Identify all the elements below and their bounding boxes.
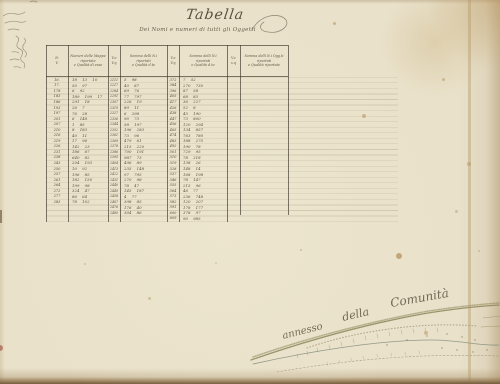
paper-stain <box>300 249 302 251</box>
row-number: 243 <box>46 161 68 165</box>
table-row: 2344 58 197 <box>108 121 167 127</box>
row-number: 2111 <box>108 78 120 82</box>
table-row: 546 78 147 <box>167 177 227 183</box>
paper-stain <box>478 250 480 252</box>
row-value: 40 87 <box>120 83 167 88</box>
row-value: 1 85 <box>68 122 108 127</box>
row-value: 45 190 <box>179 111 227 116</box>
col-header-values-1: Numeri delle Mapperiportatee Qualità di … <box>68 54 108 68</box>
row-number: 2319 <box>108 106 120 110</box>
table-row: 2111 5 98 <box>108 77 167 83</box>
row-number: 16. <box>46 78 68 82</box>
row-value: 215 220 <box>120 144 167 149</box>
row-number: 2449 <box>108 189 120 193</box>
table-group-1: 16. 18 13 10 17. 50 97 178 6 92 183 189 … <box>46 77 108 205</box>
row-value: 4 77 <box>120 194 167 199</box>
row-number: 2217 <box>108 83 120 87</box>
row-number: 283 <box>46 200 68 204</box>
row-value: 190 78 <box>179 144 227 149</box>
row-value: 58 197 <box>120 122 167 127</box>
table-row: 426 52 8 <box>167 105 227 111</box>
table-row: 257 196 85 <box>46 171 108 177</box>
table-row: 2467 398 85 <box>108 199 167 205</box>
row-number: 501 <box>167 150 179 154</box>
paper-stain <box>424 331 428 335</box>
row-number: 528 <box>167 167 179 171</box>
row-value: 270 98 <box>120 177 167 182</box>
table-row: 384 270 730 <box>167 83 227 89</box>
table-row: 272 324 47 <box>46 188 108 194</box>
col-header-values-4: Somma delli N.i Ogg.tiriportatie Qualità… <box>240 54 288 68</box>
row-value: 188 275 <box>179 138 227 143</box>
table-row: 183 189 199 17 <box>46 94 108 100</box>
row-number: 2404 <box>108 161 120 165</box>
row-number: 2431 <box>108 178 120 182</box>
row-number: 483 <box>167 139 179 143</box>
row-number: 201 <box>46 117 68 121</box>
table-row: 243 204 193 <box>46 160 108 166</box>
row-number: 178 <box>46 89 68 93</box>
paper-stain <box>215 262 217 264</box>
row-value: 8 183 <box>68 127 108 132</box>
table-row: 2431 270 98 <box>108 177 167 183</box>
table-row: 16. 18 13 10 <box>46 77 108 83</box>
table-row: 510 78 218 <box>167 155 227 161</box>
table-row: 456 120 294 <box>167 121 227 127</box>
row-value: 76 28 <box>68 111 108 116</box>
row-value: 73 800 <box>179 116 227 121</box>
table-row: 283 78 102 <box>46 199 108 205</box>
row-number: 2458 <box>108 194 120 198</box>
row-number: 207 <box>46 122 68 126</box>
page-fold-line <box>468 0 471 384</box>
row-value: 324 47 <box>68 188 108 193</box>
table-row: 2327 6 298 <box>108 110 167 116</box>
row-number: 2336 <box>108 117 120 121</box>
table-row: 2476 176 40 <box>108 205 167 211</box>
table-row: 591 178 177 <box>167 205 227 211</box>
table-row: 564 46 77 <box>167 188 227 194</box>
row-value: 17 96 <box>68 138 108 143</box>
row-value: 186 67 <box>68 149 108 154</box>
row-value: 134 857 <box>179 127 227 132</box>
table-row: 417 36 227 <box>167 99 227 105</box>
row-value: 176 40 <box>120 205 167 210</box>
paper-stain <box>362 114 366 118</box>
title-flourish <box>250 10 292 38</box>
table-row: 609 90 985 <box>167 216 227 222</box>
row-value: 77 797 <box>120 94 167 99</box>
row-value: 26 7 <box>68 105 108 110</box>
table-row: 372 7 52 <box>167 77 227 83</box>
table-row: 197 76 28 <box>46 110 108 116</box>
row-number: 2291 <box>108 94 120 98</box>
table-row: 207 1 85 <box>46 121 108 127</box>
row-value: 97 795 <box>120 172 167 177</box>
row-number: 2344 <box>108 122 120 126</box>
table-row: 2336 90 73 <box>108 116 167 122</box>
row-value: 6 92 <box>68 88 108 93</box>
row-number: 216 <box>46 133 68 137</box>
table-row: 238 640 82 <box>46 155 108 161</box>
row-value: 90 985 <box>179 216 227 221</box>
paper-stain <box>442 78 445 81</box>
row-number: 2386 <box>108 150 120 154</box>
paper-stain <box>455 210 458 213</box>
row-number: 591 <box>167 205 179 209</box>
row-number: 2440 <box>108 183 120 187</box>
row-number: 573 <box>167 194 179 198</box>
row-number: 537 <box>167 172 179 176</box>
table-row: 600 378 97 <box>167 210 227 216</box>
row-number: 277 <box>46 194 68 198</box>
scanned-document-page: Tabella Dei Nomi e numeri di tutti gli O… <box>0 0 500 384</box>
table-row: 396 87 58 <box>167 88 227 94</box>
row-value: 69 76 <box>120 88 167 93</box>
row-number: 510 <box>167 155 179 159</box>
row-value: 378 97 <box>179 210 227 215</box>
col-header-num-4: V.cs.q <box>227 56 240 65</box>
table-row: 2284 69 76 <box>108 88 167 94</box>
table-row: 555 215 96 <box>167 182 227 188</box>
row-value: 987 73 <box>120 155 167 160</box>
row-number: 264 <box>46 183 68 187</box>
table-row: 492 190 78 <box>167 144 227 150</box>
table-row: 528 148 14 <box>167 166 227 172</box>
row-value: 145 187 <box>120 188 167 193</box>
table-header-row: N.V. Numeri delle Mapperiportatee Qualit… <box>46 46 288 76</box>
paper-stain <box>84 263 86 265</box>
row-value: 46 77 <box>179 188 227 193</box>
col-header-num-3: V.eV.q <box>167 56 179 65</box>
row-number: 417 <box>167 100 179 104</box>
ledger-table: N.V. Numeri delle Mapperiportatee Qualit… <box>46 45 288 222</box>
row-number: 193 <box>46 106 68 110</box>
table-row: 2307 226 19 <box>108 99 167 105</box>
row-value: 18 13 10 <box>68 77 108 82</box>
row-value: 304 86 <box>120 210 167 215</box>
row-number: 2395 <box>108 155 120 159</box>
row-number: 564 <box>167 189 179 193</box>
row-value: 52 8 <box>179 105 227 110</box>
page-bottom-edge <box>0 377 500 384</box>
table-row: 2319 89 11 <box>108 105 167 111</box>
table-row: 250 10 92 <box>46 166 108 172</box>
table-row: 231 186 67 <box>46 149 108 155</box>
row-number: 492 <box>167 144 179 148</box>
row-value: 199 98 <box>68 183 108 188</box>
row-value: 78 102 <box>68 199 108 204</box>
row-value: 215 96 <box>179 183 227 188</box>
table-row: 573 236 748 <box>167 193 227 199</box>
row-value: 89 11 <box>120 105 167 110</box>
table-row: 178 6 92 <box>46 88 108 94</box>
table-vrule <box>288 45 289 215</box>
row-number: 238 <box>46 155 68 159</box>
row-value: 5 98 <box>120 77 167 82</box>
table-row: 193 26 7 <box>46 105 108 111</box>
row-number: 2422 <box>108 172 120 176</box>
table-row: 2404 496 89 <box>108 160 167 166</box>
row-number: 555 <box>167 183 179 187</box>
row-number: 231 <box>46 150 68 154</box>
row-value: 142 23 <box>68 144 108 149</box>
row-value: 196 283 <box>120 127 167 132</box>
row-number: 2485 <box>108 211 120 215</box>
table-row: 2217 40 87 <box>108 83 167 89</box>
row-number: 2467 <box>108 200 120 204</box>
row-value: 479 61 <box>120 138 167 143</box>
table-row: 519 138 26 <box>167 160 227 166</box>
row-number: 17. <box>46 83 68 87</box>
row-value: 700 191 <box>120 149 167 154</box>
row-number: 447 <box>167 117 179 121</box>
table-group-3: 372 7 52 384 270 730 396 87 58 405 68 83… <box>167 77 227 221</box>
table-row: 2440 78 47 <box>108 182 167 188</box>
row-number: 197 <box>46 111 68 115</box>
row-value: 182 150 <box>68 177 108 182</box>
row-number: 2413 <box>108 167 120 171</box>
table-row: 501 729 95 <box>167 149 227 155</box>
row-number: 2361 <box>108 133 120 137</box>
table-row: 2386 700 191 <box>108 149 167 155</box>
row-value: 6 298 <box>120 111 167 116</box>
table-row: 465 134 857 <box>167 127 227 133</box>
row-value: 196 85 <box>68 172 108 177</box>
row-value: 78 147 <box>179 177 227 182</box>
row-number: 261 <box>46 178 68 182</box>
row-number: 582 <box>167 200 179 204</box>
row-value: 204 193 <box>68 160 108 165</box>
row-value: 120 207 <box>179 199 227 204</box>
table-row: 219 17 96 <box>46 138 108 144</box>
table-row: 2369 479 61 <box>108 138 167 144</box>
row-number: 546 <box>167 178 179 182</box>
row-number: 272 <box>46 189 68 193</box>
table-row: 2458 4 77 <box>108 193 167 199</box>
table-row: 2395 987 73 <box>108 155 167 161</box>
row-value: 36 227 <box>179 99 227 104</box>
row-number: 2352 <box>108 128 120 132</box>
table-row: 261 182 150 <box>46 177 108 183</box>
row-number: 609 <box>167 216 179 220</box>
table-row: 201 6 148 <box>46 116 108 122</box>
col-header-values-2: Somma delli N.iriportatie Qualità d.te <box>120 54 167 68</box>
row-number: 426 <box>167 106 179 110</box>
row-value: 78 218 <box>179 155 227 160</box>
row-value: 87 58 <box>179 88 227 93</box>
table-row: 17. 50 97 <box>46 83 108 89</box>
row-value: 168 198 <box>179 172 227 177</box>
row-number: 210 <box>46 128 68 132</box>
paper-stain <box>333 22 336 25</box>
row-value: 226 19 <box>120 99 167 104</box>
row-value: 68 83 <box>179 94 227 99</box>
table-row: 483 188 275 <box>167 138 227 144</box>
row-number: 372 <box>167 78 179 82</box>
table-row: 2485 304 86 <box>108 210 167 216</box>
row-value: 763 780 <box>179 133 227 138</box>
row-number: 384 <box>167 83 179 87</box>
row-value: 178 177 <box>179 205 227 210</box>
row-number: 219 <box>46 139 68 143</box>
paper-stain <box>148 297 151 300</box>
row-number: 438 <box>167 111 179 115</box>
table-row: 2422 97 795 <box>108 171 167 177</box>
row-number: 2378 <box>108 144 120 148</box>
row-value: 6 148 <box>68 116 108 121</box>
row-value: 120 294 <box>179 122 227 127</box>
row-value: 236 748 <box>179 194 227 199</box>
table-group-2: 2111 5 98 2217 40 87 2284 69 76 2291 77 … <box>108 77 167 216</box>
row-value: 90 73 <box>120 116 167 121</box>
row-number: 2327 <box>108 111 120 115</box>
row-number: 519 <box>167 161 179 165</box>
row-value: 398 85 <box>120 199 167 204</box>
table-row: 2378 215 220 <box>108 144 167 150</box>
terrain-sketch <box>237 290 500 384</box>
row-number: 2369 <box>108 139 120 143</box>
row-number: 226 <box>46 144 68 148</box>
row-value: 291 18 <box>68 99 108 104</box>
row-value: 270 730 <box>179 83 227 88</box>
table-row: 2361 73 96 <box>108 132 167 138</box>
row-value: 78 47 <box>120 183 167 188</box>
row-number: 2307 <box>108 100 120 104</box>
row-value: 86 64 <box>68 194 108 199</box>
table-row: 405 68 83 <box>167 94 227 100</box>
row-value: 148 14 <box>179 166 227 171</box>
table-row: 210 8 183 <box>46 127 108 133</box>
row-number: 465 <box>167 128 179 132</box>
table-row: 277 86 64 <box>46 193 108 199</box>
col-header-num-2: V.eV.q <box>108 56 120 65</box>
row-number: 396 <box>167 89 179 93</box>
row-number: 456 <box>167 122 179 126</box>
table-row: 2352 196 283 <box>108 127 167 133</box>
row-number: 186 <box>46 100 68 104</box>
table-row: 582 120 207 <box>167 199 227 205</box>
row-number: 250 <box>46 167 68 171</box>
left-edge-mark <box>0 210 2 223</box>
row-value: 496 89 <box>120 160 167 165</box>
row-number: 600 <box>167 211 179 215</box>
paper-stain <box>396 253 402 259</box>
row-value: 138 26 <box>179 160 227 165</box>
table-row: 186 291 18 <box>46 99 108 105</box>
table-row: 438 45 190 <box>167 110 227 116</box>
table-row: 264 199 98 <box>46 182 108 188</box>
row-number: 183 <box>46 94 68 98</box>
row-value: 729 95 <box>179 149 227 154</box>
col-header-values-3: Somma delli N.iriportatie Qualità d.te <box>179 54 227 68</box>
row-value: 7 52 <box>179 77 227 82</box>
table-row: 2449 145 187 <box>108 188 167 194</box>
row-value: 50 97 <box>68 83 108 88</box>
row-value: 235 148 <box>120 166 167 171</box>
table-row: 216 40 11 <box>46 132 108 138</box>
row-value: 640 82 <box>68 155 108 160</box>
table-row: 474 763 780 <box>167 132 227 138</box>
table-row: 2413 235 148 <box>108 166 167 172</box>
table-row: 226 142 23 <box>46 144 108 150</box>
table-row: 537 168 198 <box>167 171 227 177</box>
row-number: 474 <box>167 133 179 137</box>
row-number: 257 <box>46 172 68 176</box>
table-row: 447 73 800 <box>167 116 227 122</box>
left-edge-red-mark <box>0 345 3 351</box>
row-value: 40 11 <box>68 133 108 138</box>
row-number: 2476 <box>108 205 120 209</box>
row-number: 405 <box>167 94 179 98</box>
row-number: 2284 <box>108 89 120 93</box>
table-row: 2291 77 797 <box>108 94 167 100</box>
row-value: 189 199 17 <box>68 94 108 99</box>
row-value: 73 96 <box>120 133 167 138</box>
col-header-num-1: N.V. <box>46 56 68 65</box>
row-value: 10 92 <box>68 166 108 171</box>
